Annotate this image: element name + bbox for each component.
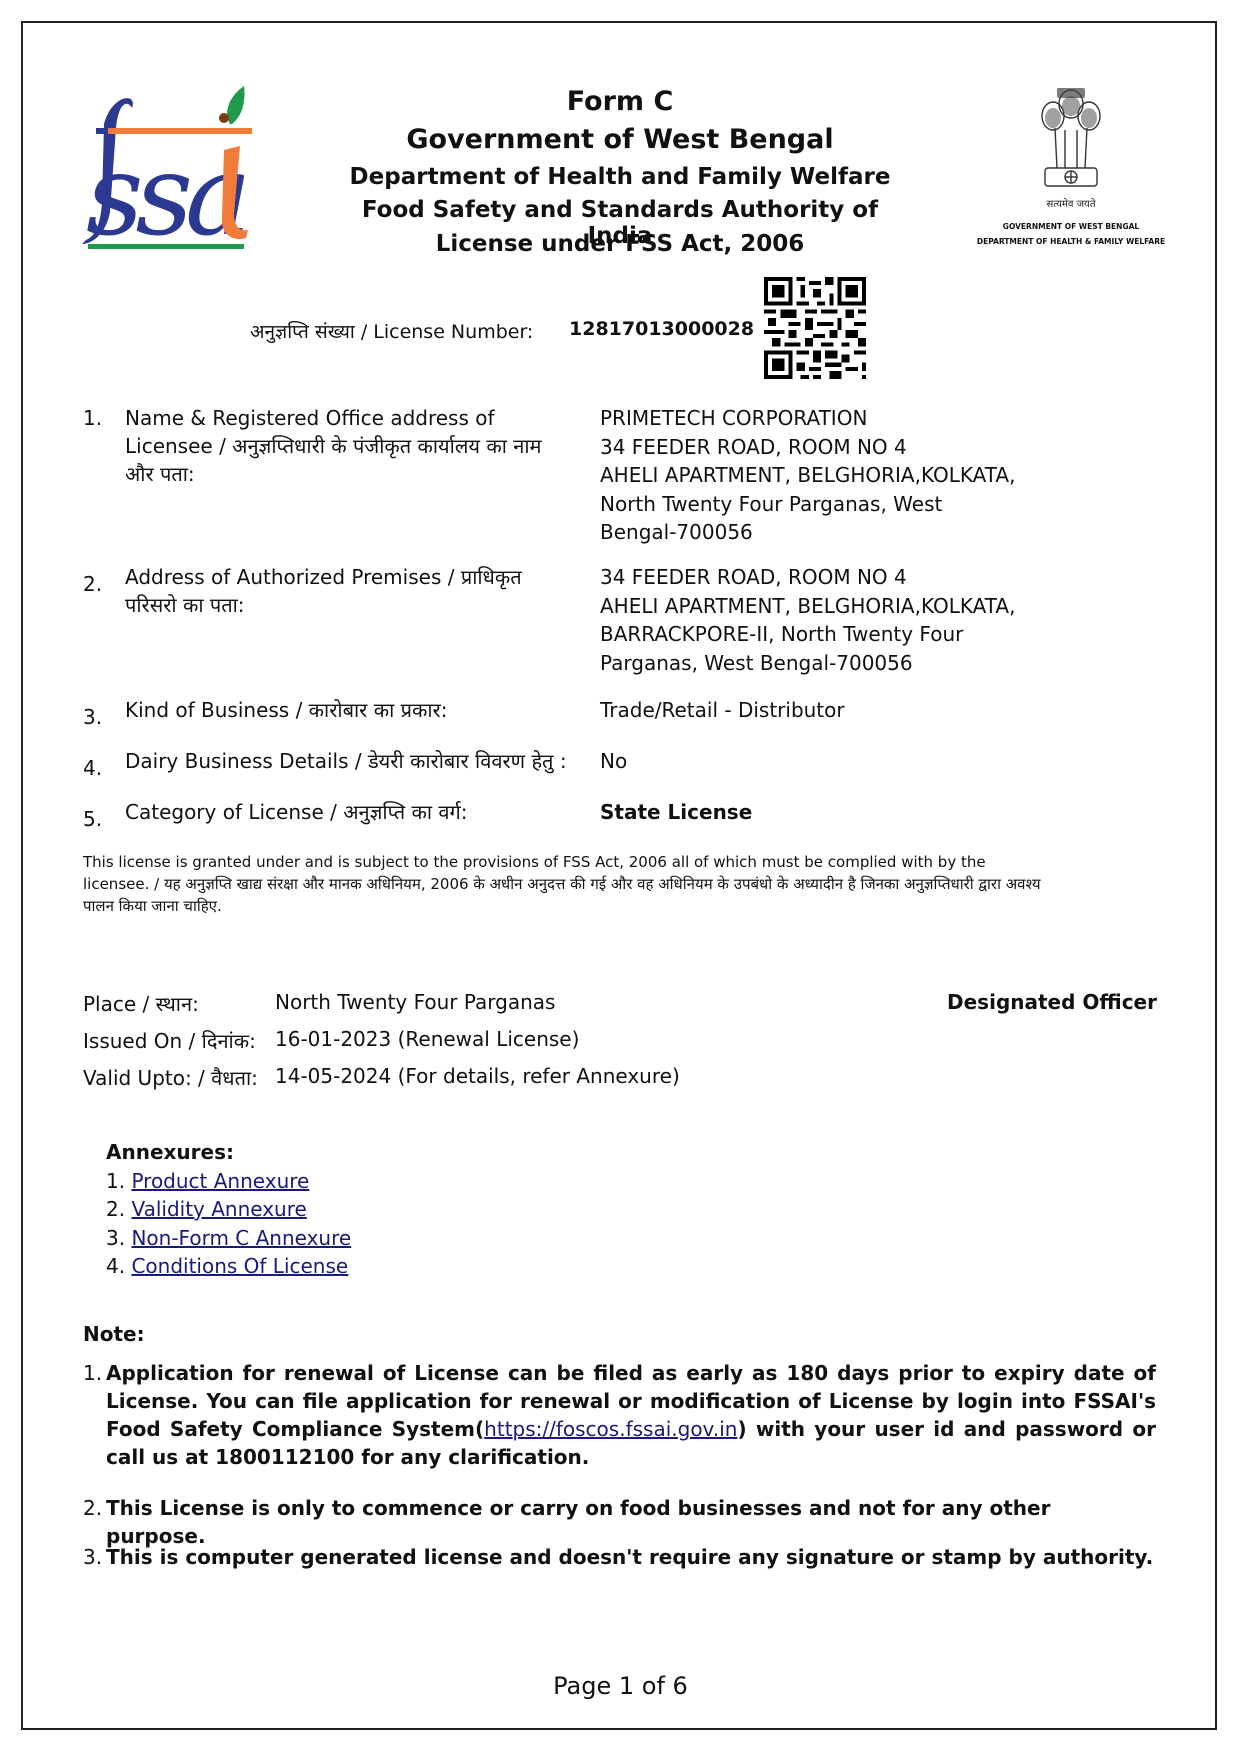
item-1-value-line: North Twenty Four Parganas, West bbox=[600, 490, 1020, 519]
item-1-value: PRIMETECH CORPORATION 34 FEEDER ROAD, RO… bbox=[600, 404, 1020, 547]
item-1-value-line: 34 FEEDER ROAD, ROOM NO 4 bbox=[600, 433, 1020, 462]
item-3-number: 3. bbox=[83, 705, 102, 729]
place-value: North Twenty Four Parganas bbox=[275, 990, 555, 1014]
conditions-of-license-link[interactable]: Conditions Of License bbox=[131, 1254, 348, 1278]
item-2-value-line: BARRACKPORE-II, North Twenty Four bbox=[600, 620, 1020, 649]
foscos-link[interactable]: https://foscos.fssai.gov.in bbox=[484, 1417, 737, 1441]
note-3-number: 3. bbox=[83, 1543, 102, 1571]
valid-upto-label: Valid Upto: / वैधता: bbox=[83, 1064, 258, 1091]
form-title: Form C bbox=[330, 86, 910, 117]
item-2-number: 2. bbox=[83, 572, 102, 596]
place-label: Place / स्थान: bbox=[83, 990, 199, 1017]
item-2-value-line: AHELI APARTMENT, BELGHORIA,KOLKATA, bbox=[600, 592, 1020, 621]
annexure-number: 4. bbox=[106, 1254, 125, 1278]
item-4-value: No bbox=[600, 747, 1020, 776]
note-2: 2. This License is only to commence or c… bbox=[83, 1494, 1156, 1550]
item-2-value: 34 FEEDER ROAD, ROOM NO 4 AHELI APARTMEN… bbox=[600, 563, 1020, 677]
note-2-text: This License is only to commence or carr… bbox=[106, 1494, 1156, 1550]
annexure-item: 3. Non-Form C Annexure bbox=[106, 1224, 351, 1253]
item-4-label: Dairy Business Details / डेयरी कारोबार व… bbox=[125, 747, 595, 775]
note-1-number: 1. bbox=[83, 1359, 102, 1387]
note-3-text: This is computer generated license and d… bbox=[106, 1543, 1156, 1571]
annexure-item: 4. Conditions Of License bbox=[106, 1252, 351, 1281]
item-2-value-line: Parganas, West Bengal-700056 bbox=[600, 649, 1020, 678]
non-form-c-annexure-link[interactable]: Non-Form C Annexure bbox=[131, 1226, 351, 1250]
state-emblem-icon bbox=[1035, 82, 1107, 200]
item-1-value-line: AHELI APARTMENT, BELGHORIA,KOLKATA, bbox=[600, 461, 1020, 490]
license-number-label: अनुज्ञप्ति संख्या / License Number: bbox=[250, 318, 533, 344]
act-title: License under FSS Act, 2006 bbox=[330, 231, 910, 257]
emblem-motto: सत्यमेव जयते bbox=[1020, 196, 1122, 210]
department-title: Department of Health and Family Welfare bbox=[330, 164, 910, 190]
item-2-value-line: 34 FEEDER ROAD, ROOM NO 4 bbox=[600, 563, 1020, 592]
annexure-number: 2. bbox=[106, 1197, 125, 1221]
item-5-number: 5. bbox=[83, 807, 102, 831]
item-1-value-line: Bengal-700056 bbox=[600, 518, 1020, 547]
item-2-label: Address of Authorized Premises / प्राधिक… bbox=[125, 563, 565, 619]
issued-on-label: Issued On / दिनांक: bbox=[83, 1027, 256, 1054]
validity-annexure-link[interactable]: Validity Annexure bbox=[131, 1197, 306, 1221]
annexure-item: 1. Product Annexure bbox=[106, 1167, 351, 1196]
valid-upto-value: 14-05-2024 (For details, refer Annexure) bbox=[275, 1064, 680, 1088]
annexure-number: 1. bbox=[106, 1169, 125, 1193]
page-number: Page 1 of 6 bbox=[0, 1672, 1241, 1700]
annexure-number: 3. bbox=[106, 1226, 125, 1250]
qr-code-icon[interactable] bbox=[764, 277, 866, 379]
license-number-value: 12817013000028 bbox=[569, 318, 754, 340]
note-1: 1. Application for renewal of License ca… bbox=[83, 1359, 1156, 1471]
emblem-caption-government: GOVERNMENT OF WEST BENGAL bbox=[960, 222, 1182, 231]
annexure-item: 2. Validity Annexure bbox=[106, 1195, 351, 1224]
item-3-value: Trade/Retail - Distributor bbox=[600, 696, 1020, 725]
fssai-logo: ssa bbox=[82, 84, 254, 254]
emblem-caption-department: DEPARTMENT OF HEALTH & FAMILY WELFARE bbox=[960, 237, 1182, 246]
product-annexure-link[interactable]: Product Annexure bbox=[131, 1169, 309, 1193]
item-4-number: 4. bbox=[83, 756, 102, 780]
note-heading: Note: bbox=[83, 1322, 145, 1346]
designated-officer: Designated Officer bbox=[947, 990, 1157, 1014]
item-1-value-line: PRIMETECH CORPORATION bbox=[600, 404, 1020, 433]
grant-statement: This license is granted under and is sub… bbox=[83, 851, 1043, 917]
note-3: 3. This is computer generated license an… bbox=[83, 1543, 1156, 1571]
annexures-heading: Annexures: bbox=[106, 1138, 351, 1167]
license-category-value: State License bbox=[600, 798, 1020, 827]
item-1-label: Name & Registered Office address of Lice… bbox=[125, 404, 565, 488]
issued-on-value: 16-01-2023 (Renewal License) bbox=[275, 1027, 579, 1051]
note-2-number: 2. bbox=[83, 1494, 102, 1522]
item-3-label: Kind of Business / कारोबार का प्रकार: bbox=[125, 696, 595, 724]
government-title: Government of West Bengal bbox=[330, 124, 910, 155]
annexures-list: Annexures: 1. Product Annexure 2. Validi… bbox=[106, 1138, 351, 1281]
item-1-number: 1. bbox=[83, 406, 102, 430]
item-5-label: Category of License / अनुज्ञप्ति का वर्ग… bbox=[125, 798, 595, 826]
